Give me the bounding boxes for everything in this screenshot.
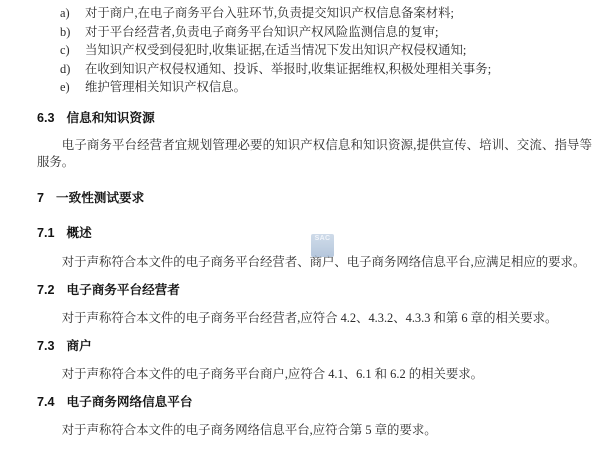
paragraph: 对于声称符合本文件的电子商务平台经营者、商户、电子商务网络信息平台,应满足相应的… bbox=[37, 254, 592, 272]
section-heading: 6.3 信息和知识资源 bbox=[37, 109, 592, 127]
section-heading: 7.1 概述 bbox=[37, 224, 592, 242]
paragraph: 对于声称符合本文件的电子商务平台经营者,应符合 4.2、4.3.2、4.3.3 … bbox=[37, 310, 592, 328]
list-item: d) 在收到知识产权侵权通知、投诉、举报时,收集证据维权,积极处理相关事务; bbox=[60, 60, 592, 79]
section-heading: 7 一致性测试要求 bbox=[37, 189, 592, 207]
list-item: a) 对于商户,在电子商务平台入驻环节,负责提交知识产权信息备案材料; bbox=[60, 4, 592, 23]
list-item-text: 对于平台经营者,负责电子商务平台知识产权风险监测信息的复审; bbox=[85, 23, 592, 42]
list-item-text: 当知识产权受到侵犯时,收集证据,在适当情况下发出知识产权侵权通知; bbox=[85, 41, 592, 60]
section-number: 6.3 bbox=[37, 109, 55, 127]
list-item: b) 对于平台经营者,负责电子商务平台知识产权风险监测信息的复审; bbox=[60, 23, 592, 42]
section-heading: 7.4 电子商务网络信息平台 bbox=[37, 393, 592, 411]
section-number: 7.3 bbox=[37, 337, 55, 355]
section-title: 电子商务网络信息平台 bbox=[67, 393, 193, 411]
list-item-label: b) bbox=[60, 23, 85, 42]
list-item-label: d) bbox=[60, 60, 85, 79]
list-item: e) 维护管理相关知识产权信息。 bbox=[60, 78, 592, 97]
section-heading: 7.3 商户 bbox=[37, 337, 592, 355]
paragraph: 电子商务平台经营者宜规划管理必要的知识产权信息和知识资源,提供宣传、培训、交流、… bbox=[37, 137, 592, 172]
list-item-text: 对于商户,在电子商务平台入驻环节,负责提交知识产权信息备案材料; bbox=[85, 4, 592, 23]
section-number: 7.2 bbox=[37, 281, 55, 299]
section-number: 7 bbox=[37, 189, 44, 207]
list-item-text: 在收到知识产权侵权通知、投诉、举报时,收集证据维权,积极处理相关事务; bbox=[85, 60, 592, 79]
section-title: 电子商务平台经营者 bbox=[67, 281, 180, 299]
section-title: 一致性测试要求 bbox=[56, 189, 144, 207]
section-title: 信息和知识资源 bbox=[67, 109, 155, 127]
paragraph: 对于声称符合本文件的电子商务网络信息平台,应符合第 5 章的要求。 bbox=[37, 422, 592, 440]
section-title: 商户 bbox=[67, 337, 92, 355]
section-title: 概述 bbox=[67, 224, 92, 242]
list-item-text: 维护管理相关知识产权信息。 bbox=[85, 78, 592, 97]
list-item: c) 当知识产权受到侵犯时,收集证据,在适当情况下发出知识产权侵权通知; bbox=[60, 41, 592, 60]
paragraph: 对于声称符合本文件的电子商务平台商户,应符合 4.1、6.1 和 6.2 的相关… bbox=[37, 366, 592, 384]
section-number: 7.4 bbox=[37, 393, 55, 411]
list-item-label: c) bbox=[60, 41, 85, 60]
section-heading: 7.2 电子商务平台经营者 bbox=[37, 281, 592, 299]
list-item-label: e) bbox=[60, 78, 85, 97]
list-item-label: a) bbox=[60, 4, 85, 23]
section-number: 7.1 bbox=[37, 224, 55, 242]
document-page: a) 对于商户,在电子商务平台入驻环节,负责提交知识产权信息备案材料; b) 对… bbox=[0, 0, 600, 473]
clause-list: a) 对于商户,在电子商务平台入驻环节,负责提交知识产权信息备案材料; b) 对… bbox=[60, 4, 592, 97]
